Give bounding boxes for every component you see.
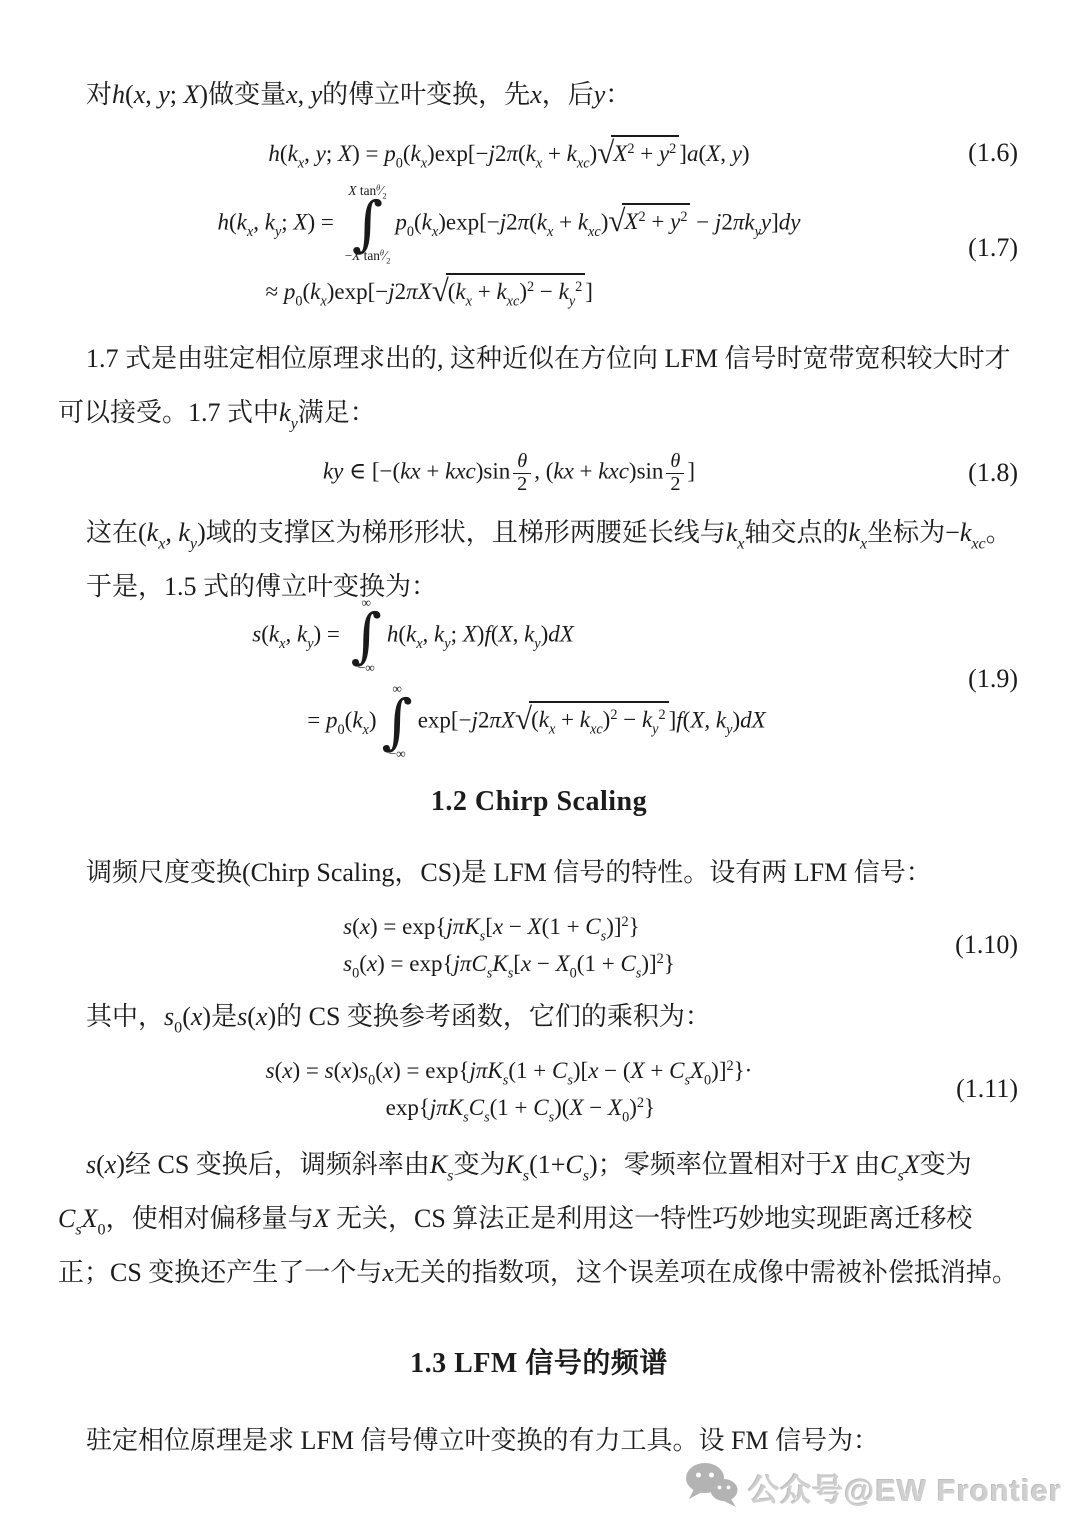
paragraph-fm-signal: 驻定相位原理是求 LFM 信号傅立叶变换的有力工具。设 FM 信号为： xyxy=(58,1414,1020,1468)
equation-1-7-number: (1.7) xyxy=(968,233,1018,263)
equation-1-6-math: h(kx, y; X) = p0(kx)exp[−j2π(kx + kxc)√X… xyxy=(268,129,749,177)
equation-1-11: s(x) = s(x)s0(x) = exp{jπKs(1 + Cs)[x − … xyxy=(58,1046,1020,1132)
wechat-watermark: 公众号@EW Frontier xyxy=(685,1462,1062,1513)
paragraph-chirp-scaling-intro: 调频尺度变换(Chirp Scaling，CS)是 LFM 信号的特性。设有两 … xyxy=(58,846,1020,900)
paragraph-cs-explanation: s(x)经 CS 变换后，调频斜率由Ks变为Ks(1+Cs)；零频率位置相对于X… xyxy=(58,1138,1020,1300)
paragraph-fourier-intro: 对h(x, y; X)做变量x, y的傅立叶变换，先x，后y： xyxy=(58,68,1020,122)
equation-1-9-math: s(kx, ky) = ∞∫−∞h(kx, ky; X)f(X, ky)dX= … xyxy=(252,593,765,765)
equation-1-8-math: ky ∈ [−(kx + kxc)sinθ2, (kx + kxc)sinθ2] xyxy=(323,448,695,498)
equation-1-7-math: h(kx, ky; X) = X tanθ⁄2∫−X tanθ⁄2p0(kx)e… xyxy=(218,181,801,315)
equation-1-7: h(kx, ky; X) = X tanθ⁄2∫−X tanθ⁄2p0(kx)e… xyxy=(58,184,1020,312)
equation-1-8-number: (1.8) xyxy=(968,458,1018,488)
equation-1-9: s(kx, ky) = ∞∫−∞h(kx, ky; X)f(X, ky)dX= … xyxy=(58,606,1020,752)
paragraph-reference-function: 其中，s0(x)是s(x)的 CS 变换参考函数，它们的乘积为： xyxy=(58,990,1020,1044)
equation-1-6-number: (1.6) xyxy=(968,138,1018,168)
wechat-icon xyxy=(685,1462,739,1513)
equation-1-10-number: (1.10) xyxy=(955,930,1018,960)
equation-1-10: s(x) = exp{jπKs[x − X(1 + Cs)]2}s0(x) = … xyxy=(58,900,1020,990)
equation-1-11-math: s(x) = s(x)s0(x) = exp{jπKs(1 + Cs)[x − … xyxy=(266,1052,753,1126)
equation-1-8: ky ∈ [−(kx + kxc)sinθ2, (kx + kxc)sinθ2]… xyxy=(58,440,1020,506)
equation-1-11-number: (1.11) xyxy=(956,1074,1018,1104)
equation-1-6: h(kx, y; X) = p0(kx)exp[−j2π(kx + kxc)√X… xyxy=(58,122,1020,184)
document-page: 对h(x, y; X)做变量x, y的傅立叶变换，先x，后y： h(kx, y;… xyxy=(0,0,1080,1527)
section-heading-1-2: 1.2 Chirp Scaling xyxy=(58,782,1020,822)
paragraph-stationary-phase: 1.7 式是由驻定相位原理求出的, 这种近似在方位向 LFM 信号时宽带宽积较大… xyxy=(58,332,1020,440)
equation-1-9-number: (1.9) xyxy=(968,664,1018,694)
section-heading-1-3: 1.3 LFM 信号的频谱 xyxy=(58,1344,1020,1384)
equation-1-10-math: s(x) = exp{jπKs[x − X(1 + Cs)]2}s0(x) = … xyxy=(343,908,675,982)
watermark-label: 公众号@EW Frontier xyxy=(748,1465,1062,1510)
paragraph-support-region: 这在(kx, ky)域的支撑区为梯形形状，且梯形两腰延长线与kx轴交点的kx坐标… xyxy=(58,506,1020,560)
